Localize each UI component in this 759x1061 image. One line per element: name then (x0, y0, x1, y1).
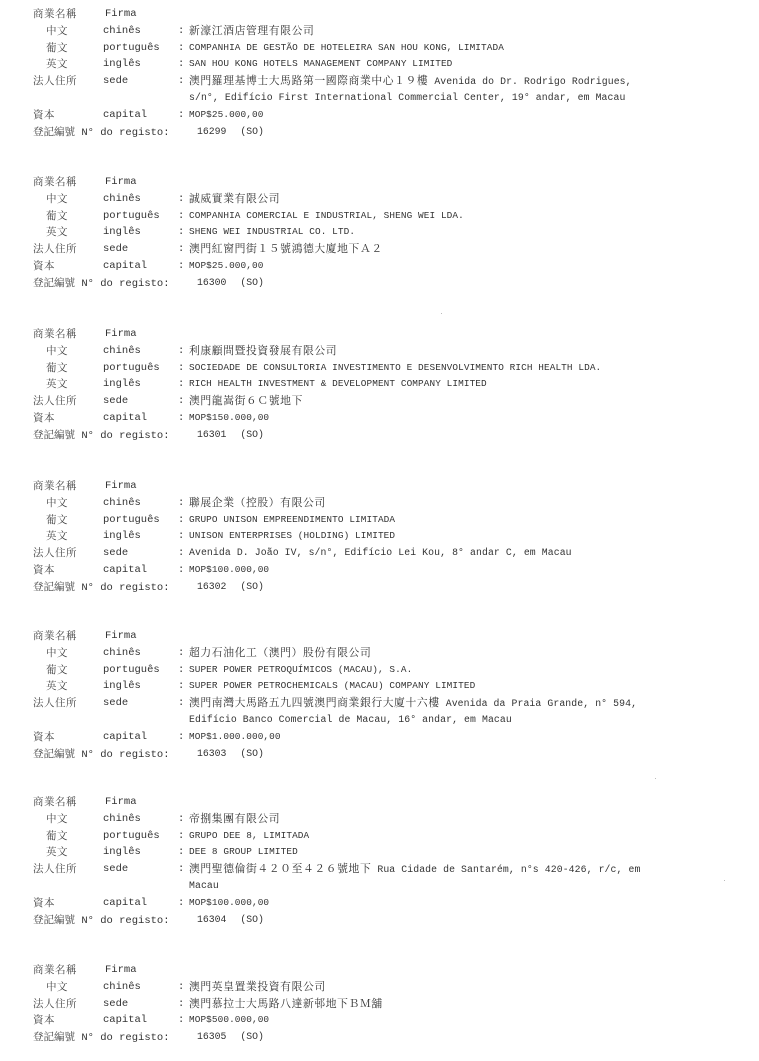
sede-address-line2: Edifício Banco Comercial de Macau, 16° a… (189, 712, 512, 729)
sede-address-pt: Avenida da Praia Grande, n° 594, (440, 698, 637, 709)
sede-label-pt: sede (103, 545, 128, 562)
portugues-row: 葡文 português : COMPANHIA COMERCIAL E IND… (33, 208, 733, 225)
portuguese-name: SUPER POWER PETROQUÍMICOS (MACAU), S.A. (189, 662, 412, 679)
firma-label-pt: Firma (105, 6, 137, 23)
chines-row: 中文 chinês : 新濠江酒店管理有限公司 (33, 23, 733, 40)
sede-address-zh: 澳門聖德倫街４２０至４２６號地下 (189, 862, 371, 875)
registo-suffix: (SO) (240, 748, 264, 759)
colon: : (178, 828, 184, 845)
portugues-label-pt: português (103, 40, 160, 57)
chines-label-pt: chinês (103, 979, 141, 996)
ingles-label-zh: 英文 (46, 678, 68, 695)
colon: : (178, 979, 184, 996)
colon: : (178, 208, 184, 225)
registo-label: 登記編號 N° do registo: (33, 912, 170, 930)
sede-label-pt: sede (103, 393, 128, 410)
portugues-label-zh: 葡文 (46, 360, 68, 377)
chines-label-zh: 中文 (46, 343, 68, 360)
sede-row: 法人住所 sede : 澳門龍嵩街６Ｃ號地下 (33, 393, 733, 410)
chines-label-zh: 中文 (46, 811, 68, 828)
registo-number: 16303 (197, 748, 226, 759)
registo-label-zh: 登記編號 (33, 277, 75, 289)
sede-row: 法人住所 sede : 澳門南灣大馬路五九四號澳門商業銀行大廈十六樓 Aveni… (33, 695, 733, 712)
ingles-row: 英文 inglês : RICH HEALTH INVESTMENT & DEV… (33, 376, 733, 393)
sede-address-line2: Macau (189, 878, 219, 895)
sede-address-zh: 澳門南灣大馬路五九四號澳門商業銀行大廈十六樓 (189, 696, 440, 709)
sede-label-pt: sede (103, 695, 128, 712)
ingles-label-zh: 英文 (46, 224, 68, 241)
firma-label-pt: Firma (105, 628, 137, 645)
colon: : (178, 410, 184, 427)
sede-label-pt: sede (103, 241, 128, 258)
registo-suffix: (SO) (240, 1031, 264, 1042)
registo-label-pt: N° do registo: (81, 1032, 169, 1044)
capital-row: 資本 capital : MOP$25.000,00 (33, 107, 733, 124)
english-name: UNISON ENTERPRISES (HOLDING) LIMITED (189, 528, 395, 545)
chinese-name: 超力石油化工（澳門）股份有限公司 (189, 645, 371, 662)
sede-row-cont: Edifício Banco Comercial de Macau, 16° a… (33, 712, 733, 729)
chinese-name: 誠威實業有限公司 (189, 191, 280, 208)
registo-number: 16305 (197, 1031, 226, 1042)
sede-label-zh: 法人住所 (33, 241, 77, 258)
ingles-label-pt: inglês (103, 528, 141, 545)
registo-value: 16301(SO) (197, 427, 264, 444)
colon: : (178, 376, 184, 393)
firma-row: 商業名稱 Firma (33, 478, 733, 495)
portugues-label-pt: português (103, 360, 160, 377)
firma-label-zh: 商業名稱 (33, 794, 77, 811)
firma-label-pt: Firma (105, 962, 137, 979)
colon: : (178, 695, 184, 712)
registo-number: 16304 (197, 914, 226, 925)
sede-label-pt: sede (103, 861, 128, 878)
registo-label-zh: 登記編號 (33, 1031, 75, 1043)
portugues-row: 葡文 português : GRUPO DEE 8, LIMITADA (33, 828, 733, 845)
colon: : (178, 40, 184, 57)
registo-label: 登記編號 N° do registo: (33, 1029, 170, 1047)
registry-entry: 商業名稱 Firma 中文 chinês : 新濠江酒店管理有限公司 葡文 po… (33, 6, 733, 140)
registo-label-pt: N° do registo: (81, 430, 169, 442)
scan-speck (655, 778, 656, 779)
firma-row: 商業名稱 Firma (33, 6, 733, 23)
sede-label-zh: 法人住所 (33, 861, 77, 878)
registry-entry: 商業名稱 Firma 中文 chinês : 聯展企業（控股）有限公司 葡文 p… (33, 478, 733, 596)
firma-row: 商業名稱 Firma (33, 794, 733, 811)
registo-value: 16302(SO) (197, 579, 264, 596)
capital-value: MOP$100.000,00 (189, 562, 269, 579)
registo-label-pt: N° do registo: (81, 278, 169, 290)
firma-row: 商業名稱 Firma (33, 326, 733, 343)
colon: : (178, 844, 184, 861)
registry-entry: 商業名稱 Firma 中文 chinês : 利康顧問暨投資發展有限公司 葡文 … (33, 326, 733, 444)
ingles-label-zh: 英文 (46, 528, 68, 545)
chines-row: 中文 chinês : 超力石油化工（澳門）股份有限公司 (33, 645, 733, 662)
colon: : (178, 678, 184, 695)
capital-label-pt: capital (103, 1012, 147, 1029)
registry-entry: 商業名稱 Firma 中文 chinês : 澳門英皇置業投資有限公司 法人住所… (33, 962, 733, 1046)
firma-row: 商業名稱 Firma (33, 628, 733, 645)
firma-label-zh: 商業名稱 (33, 6, 77, 23)
colon: : (178, 107, 184, 124)
chines-label-pt: chinês (103, 645, 141, 662)
ingles-label-pt: inglês (103, 376, 141, 393)
colon: : (178, 662, 184, 679)
registry-entry: 商業名稱 Firma 中文 chinês : 超力石油化工（澳門）股份有限公司 … (33, 628, 733, 762)
firma-row: 商業名稱 Firma (33, 174, 733, 191)
sede-row: 法人住所 sede : 澳門慕拉士大馬路八達新邨地下ＢＭ舖 (33, 996, 733, 1013)
chines-label-pt: chinês (103, 343, 141, 360)
registo-label-pt: N° do registo: (81, 582, 169, 594)
colon: : (178, 495, 184, 512)
english-name: RICH HEALTH INVESTMENT & DEVELOPMENT COM… (189, 376, 487, 393)
portugues-label-pt: português (103, 512, 160, 529)
sede-address: 澳門羅理基博士大馬路第一國際商業中心１９樓 Avenida do Dr. Rod… (189, 73, 632, 91)
registo-value: 16299(SO) (197, 124, 264, 141)
registo-suffix: (SO) (240, 581, 264, 592)
chines-label-zh: 中文 (46, 979, 68, 996)
registo-row: 登記編號 N° do registo: 16303(SO) (33, 746, 733, 763)
registo-row: 登記編號 N° do registo: 16299(SO) (33, 124, 733, 141)
registo-label-zh: 登記編號 (33, 581, 75, 593)
portugues-row: 葡文 português : SOCIEDADE DE CONSULTORIA … (33, 360, 733, 377)
registo-row: 登記編號 N° do registo: 16300(SO) (33, 275, 733, 292)
capital-label-pt: capital (103, 729, 147, 746)
sede-row-cont: Macau (33, 878, 733, 895)
sede-address: 澳門慕拉士大馬路八達新邨地下ＢＭ舖 (189, 996, 383, 1013)
capital-value: MOP$25.000,00 (189, 107, 263, 124)
colon: : (178, 996, 184, 1013)
portugues-label-zh: 葡文 (46, 662, 68, 679)
capital-label-pt: capital (103, 410, 147, 427)
registo-value: 16300(SO) (197, 275, 264, 292)
registo-label: 登記編號 N° do registo: (33, 124, 170, 142)
colon: : (178, 512, 184, 529)
chines-row: 中文 chinês : 澳門英皇置業投資有限公司 (33, 979, 733, 996)
capital-row: 資本 capital : MOP$500.000,00 (33, 1012, 733, 1029)
sede-label-pt: sede (103, 73, 128, 90)
registo-label-zh: 登記編號 (33, 126, 75, 138)
capital-row: 資本 capital : MOP$150.000,00 (33, 410, 733, 427)
firma-label-pt: Firma (105, 478, 137, 495)
colon: : (178, 645, 184, 662)
colon: : (178, 861, 184, 878)
registo-number: 16301 (197, 429, 226, 440)
colon: : (178, 360, 184, 377)
sede-label-zh: 法人住所 (33, 545, 77, 562)
chines-label-zh: 中文 (46, 191, 68, 208)
colon: : (178, 56, 184, 73)
registo-label: 登記編號 N° do registo: (33, 427, 170, 445)
registo-suffix: (SO) (240, 429, 264, 440)
registo-number: 16299 (197, 126, 226, 137)
capital-label-pt: capital (103, 258, 147, 275)
sede-label-zh: 法人住所 (33, 695, 77, 712)
portugues-row: 葡文 português : GRUPO UNISON EMPREENDIMEN… (33, 512, 733, 529)
chines-row: 中文 chinês : 誠威實業有限公司 (33, 191, 733, 208)
ingles-row: 英文 inglês : SHENG WEI INDUSTRIAL CO. LTD… (33, 224, 733, 241)
chines-row: 中文 chinês : 帝捌集團有限公司 (33, 811, 733, 828)
firma-label-zh: 商業名稱 (33, 478, 77, 495)
colon: : (178, 393, 184, 410)
firma-label-zh: 商業名稱 (33, 628, 77, 645)
portugues-label-zh: 葡文 (46, 828, 68, 845)
sede-label-zh: 法人住所 (33, 73, 77, 90)
firma-label-zh: 商業名稱 (33, 962, 77, 979)
capital-value: MOP$25.000,00 (189, 258, 263, 275)
registry-entry: 商業名稱 Firma 中文 chinês : 誠威實業有限公司 葡文 portu… (33, 174, 733, 292)
chines-label-zh: 中文 (46, 23, 68, 40)
capital-row: 資本 capital : MOP$1.000.000,00 (33, 729, 733, 746)
capital-label-zh: 資本 (33, 562, 55, 579)
portuguese-name: COMPANHIA COMERCIAL E INDUSTRIAL, SHENG … (189, 208, 464, 225)
registo-row: 登記編號 N° do registo: 16305(SO) (33, 1029, 733, 1046)
sede-address: 澳門龍嵩街６Ｃ號地下 (189, 393, 303, 410)
firma-label-zh: 商業名稱 (33, 326, 77, 343)
capital-value: MOP$100.000,00 (189, 895, 269, 912)
registo-label: 登記編號 N° do registo: (33, 579, 170, 597)
sede-label-pt: sede (103, 996, 128, 1013)
colon: : (178, 258, 184, 275)
chinese-name: 聯展企業（控股）有限公司 (189, 495, 326, 512)
portugues-label-pt: português (103, 662, 160, 679)
chinese-name: 帝捌集團有限公司 (189, 811, 280, 828)
registo-suffix: (SO) (240, 914, 264, 925)
sede-label-zh: 法人住所 (33, 996, 77, 1013)
chines-label-pt: chinês (103, 811, 141, 828)
colon: : (178, 811, 184, 828)
portugues-label-zh: 葡文 (46, 40, 68, 57)
english-name: SHENG WEI INDUSTRIAL CO. LTD. (189, 224, 355, 241)
portuguese-name: COMPANHIA DE GESTÃO DE HOTELEIRA SAN HOU… (189, 40, 504, 57)
capital-label-zh: 資本 (33, 258, 55, 275)
portuguese-name: GRUPO DEE 8, LIMITADA (189, 828, 309, 845)
english-name: SAN HOU KONG HOTELS MANAGEMENT COMPANY L… (189, 56, 452, 73)
colon: : (178, 241, 184, 258)
registry-entry: 商業名稱 Firma 中文 chinês : 帝捌集團有限公司 葡文 portu… (33, 794, 733, 928)
firma-label-pt: Firma (105, 326, 137, 343)
chines-row: 中文 chinês : 聯展企業（控股）有限公司 (33, 495, 733, 512)
capital-value: MOP$1.000.000,00 (189, 729, 281, 746)
chines-label-zh: 中文 (46, 495, 68, 512)
firma-label-pt: Firma (105, 174, 137, 191)
registo-row: 登記編號 N° do registo: 16301(SO) (33, 427, 733, 444)
portugues-label-pt: português (103, 208, 160, 225)
ingles-row: 英文 inglês : DEE 8 GROUP LIMITED (33, 844, 733, 861)
portugues-label-pt: português (103, 828, 160, 845)
portugues-row: 葡文 português : COMPANHIA DE GESTÃO DE HO… (33, 40, 733, 57)
capital-row: 資本 capital : MOP$100.000,00 (33, 562, 733, 579)
registo-number: 16300 (197, 277, 226, 288)
chinese-name: 澳門英皇置業投資有限公司 (189, 979, 326, 996)
registo-label-pt: N° do registo: (81, 127, 169, 139)
colon: : (178, 191, 184, 208)
portuguese-name: GRUPO UNISON EMPREENDIMENTO LIMITADA (189, 512, 395, 529)
capital-label-zh: 資本 (33, 729, 55, 746)
registo-label-zh: 登記編號 (33, 748, 75, 760)
registo-row: 登記編號 N° do registo: 16302(SO) (33, 579, 733, 596)
colon: : (178, 224, 184, 241)
colon: : (178, 73, 184, 90)
capital-label-pt: capital (103, 107, 147, 124)
chines-row: 中文 chinês : 利康顧問暨投資發展有限公司 (33, 343, 733, 360)
registo-suffix: (SO) (240, 126, 264, 137)
registo-label-zh: 登記編號 (33, 914, 75, 926)
registo-label-zh: 登記編號 (33, 429, 75, 441)
capital-label-zh: 資本 (33, 1012, 55, 1029)
scan-speck (441, 313, 442, 314)
capital-row: 資本 capital : MOP$100.000,00 (33, 895, 733, 912)
portuguese-name: SOCIEDADE DE CONSULTORIA INVESTIMENTO E … (189, 360, 601, 377)
ingles-label-pt: inglês (103, 678, 141, 695)
ingles-label-zh: 英文 (46, 844, 68, 861)
colon: : (178, 562, 184, 579)
registo-suffix: (SO) (240, 277, 264, 288)
english-name: SUPER POWER PETROCHEMICALS (MACAU) COMPA… (189, 678, 475, 695)
portugues-row: 葡文 português : SUPER POWER PETROQUÍMICOS… (33, 662, 733, 679)
ingles-row: 英文 inglês : SAN HOU KONG HOTELS MANAGEME… (33, 56, 733, 73)
ingles-label-pt: inglês (103, 56, 141, 73)
portugues-label-zh: 葡文 (46, 208, 68, 225)
firma-row: 商業名稱 Firma (33, 962, 733, 979)
capital-label-zh: 資本 (33, 410, 55, 427)
sede-row: 法人住所 sede : 澳門聖德倫街４２０至４２６號地下 Rua Cidade … (33, 861, 733, 878)
ingles-row: 英文 inglês : SUPER POWER PETROCHEMICALS (… (33, 678, 733, 695)
sede-address-line2: s/n°, Edifício First International Comme… (189, 90, 625, 107)
chines-label-pt: chinês (103, 23, 141, 40)
colon: : (178, 343, 184, 360)
registo-value: 16304(SO) (197, 912, 264, 929)
sede-row-cont: s/n°, Edifício First International Comme… (33, 90, 733, 107)
sede-address: 澳門紅窗門街１５號鴻德大廈地下Ａ２ (189, 241, 383, 258)
capital-value: MOP$150.000,00 (189, 410, 269, 427)
registo-value: 16305(SO) (197, 1029, 264, 1046)
ingles-label-zh: 英文 (46, 56, 68, 73)
chines-label-zh: 中文 (46, 645, 68, 662)
colon: : (178, 895, 184, 912)
portugues-label-zh: 葡文 (46, 512, 68, 529)
capital-row: 資本 capital : MOP$25.000,00 (33, 258, 733, 275)
chines-label-pt: chinês (103, 191, 141, 208)
capital-label-zh: 資本 (33, 895, 55, 912)
colon: : (178, 1012, 184, 1029)
sede-address: Avenida D. João IV, s/n°, Edifício Lei K… (189, 545, 572, 562)
sede-address: 澳門聖德倫街４２０至４２６號地下 Rua Cidade de Santarém,… (189, 861, 640, 879)
ingles-label-pt: inglês (103, 224, 141, 241)
ingles-row: 英文 inglês : UNISON ENTERPRISES (HOLDING)… (33, 528, 733, 545)
firma-label-zh: 商業名稱 (33, 174, 77, 191)
sede-address-pt: Rua Cidade de Santarém, n°s 420-426, r/c… (371, 864, 640, 875)
ingles-label-pt: inglês (103, 844, 141, 861)
registo-label: 登記編號 N° do registo: (33, 275, 170, 293)
sede-label-zh: 法人住所 (33, 393, 77, 410)
colon: : (178, 528, 184, 545)
capital-label-pt: capital (103, 562, 147, 579)
sede-row: 法人住所 sede : 澳門羅理基博士大馬路第一國際商業中心１９樓 Avenid… (33, 73, 733, 90)
chinese-name: 新濠江酒店管理有限公司 (189, 23, 314, 40)
sede-row: 法人住所 sede : Avenida D. João IV, s/n°, Ed… (33, 545, 733, 562)
sede-row: 法人住所 sede : 澳門紅窗門街１５號鴻德大廈地下Ａ２ (33, 241, 733, 258)
registo-row: 登記編號 N° do registo: 16304(SO) (33, 912, 733, 929)
capital-label-pt: capital (103, 895, 147, 912)
capital-value: MOP$500.000,00 (189, 1012, 269, 1029)
registo-number: 16302 (197, 581, 226, 592)
english-name: DEE 8 GROUP LIMITED (189, 844, 298, 861)
registo-label-pt: N° do registo: (81, 915, 169, 927)
registo-label-pt: N° do registo: (81, 749, 169, 761)
colon: : (178, 545, 184, 562)
ingles-label-zh: 英文 (46, 376, 68, 393)
sede-address: 澳門南灣大馬路五九四號澳門商業銀行大廈十六樓 Avenida da Praia … (189, 695, 637, 713)
chinese-name: 利康顧問暨投資發展有限公司 (189, 343, 337, 360)
registo-label: 登記編號 N° do registo: (33, 746, 170, 764)
chines-label-pt: chinês (103, 495, 141, 512)
firma-label-pt: Firma (105, 794, 137, 811)
sede-address-zh: 澳門羅理基博士大馬路第一國際商業中心１９樓 (189, 74, 428, 87)
sede-address-pt: Avenida do Dr. Rodrigo Rodrigues, (428, 76, 631, 87)
colon: : (178, 23, 184, 40)
colon: : (178, 729, 184, 746)
capital-label-zh: 資本 (33, 107, 55, 124)
registo-value: 16303(SO) (197, 746, 264, 763)
scan-speck (724, 880, 725, 881)
